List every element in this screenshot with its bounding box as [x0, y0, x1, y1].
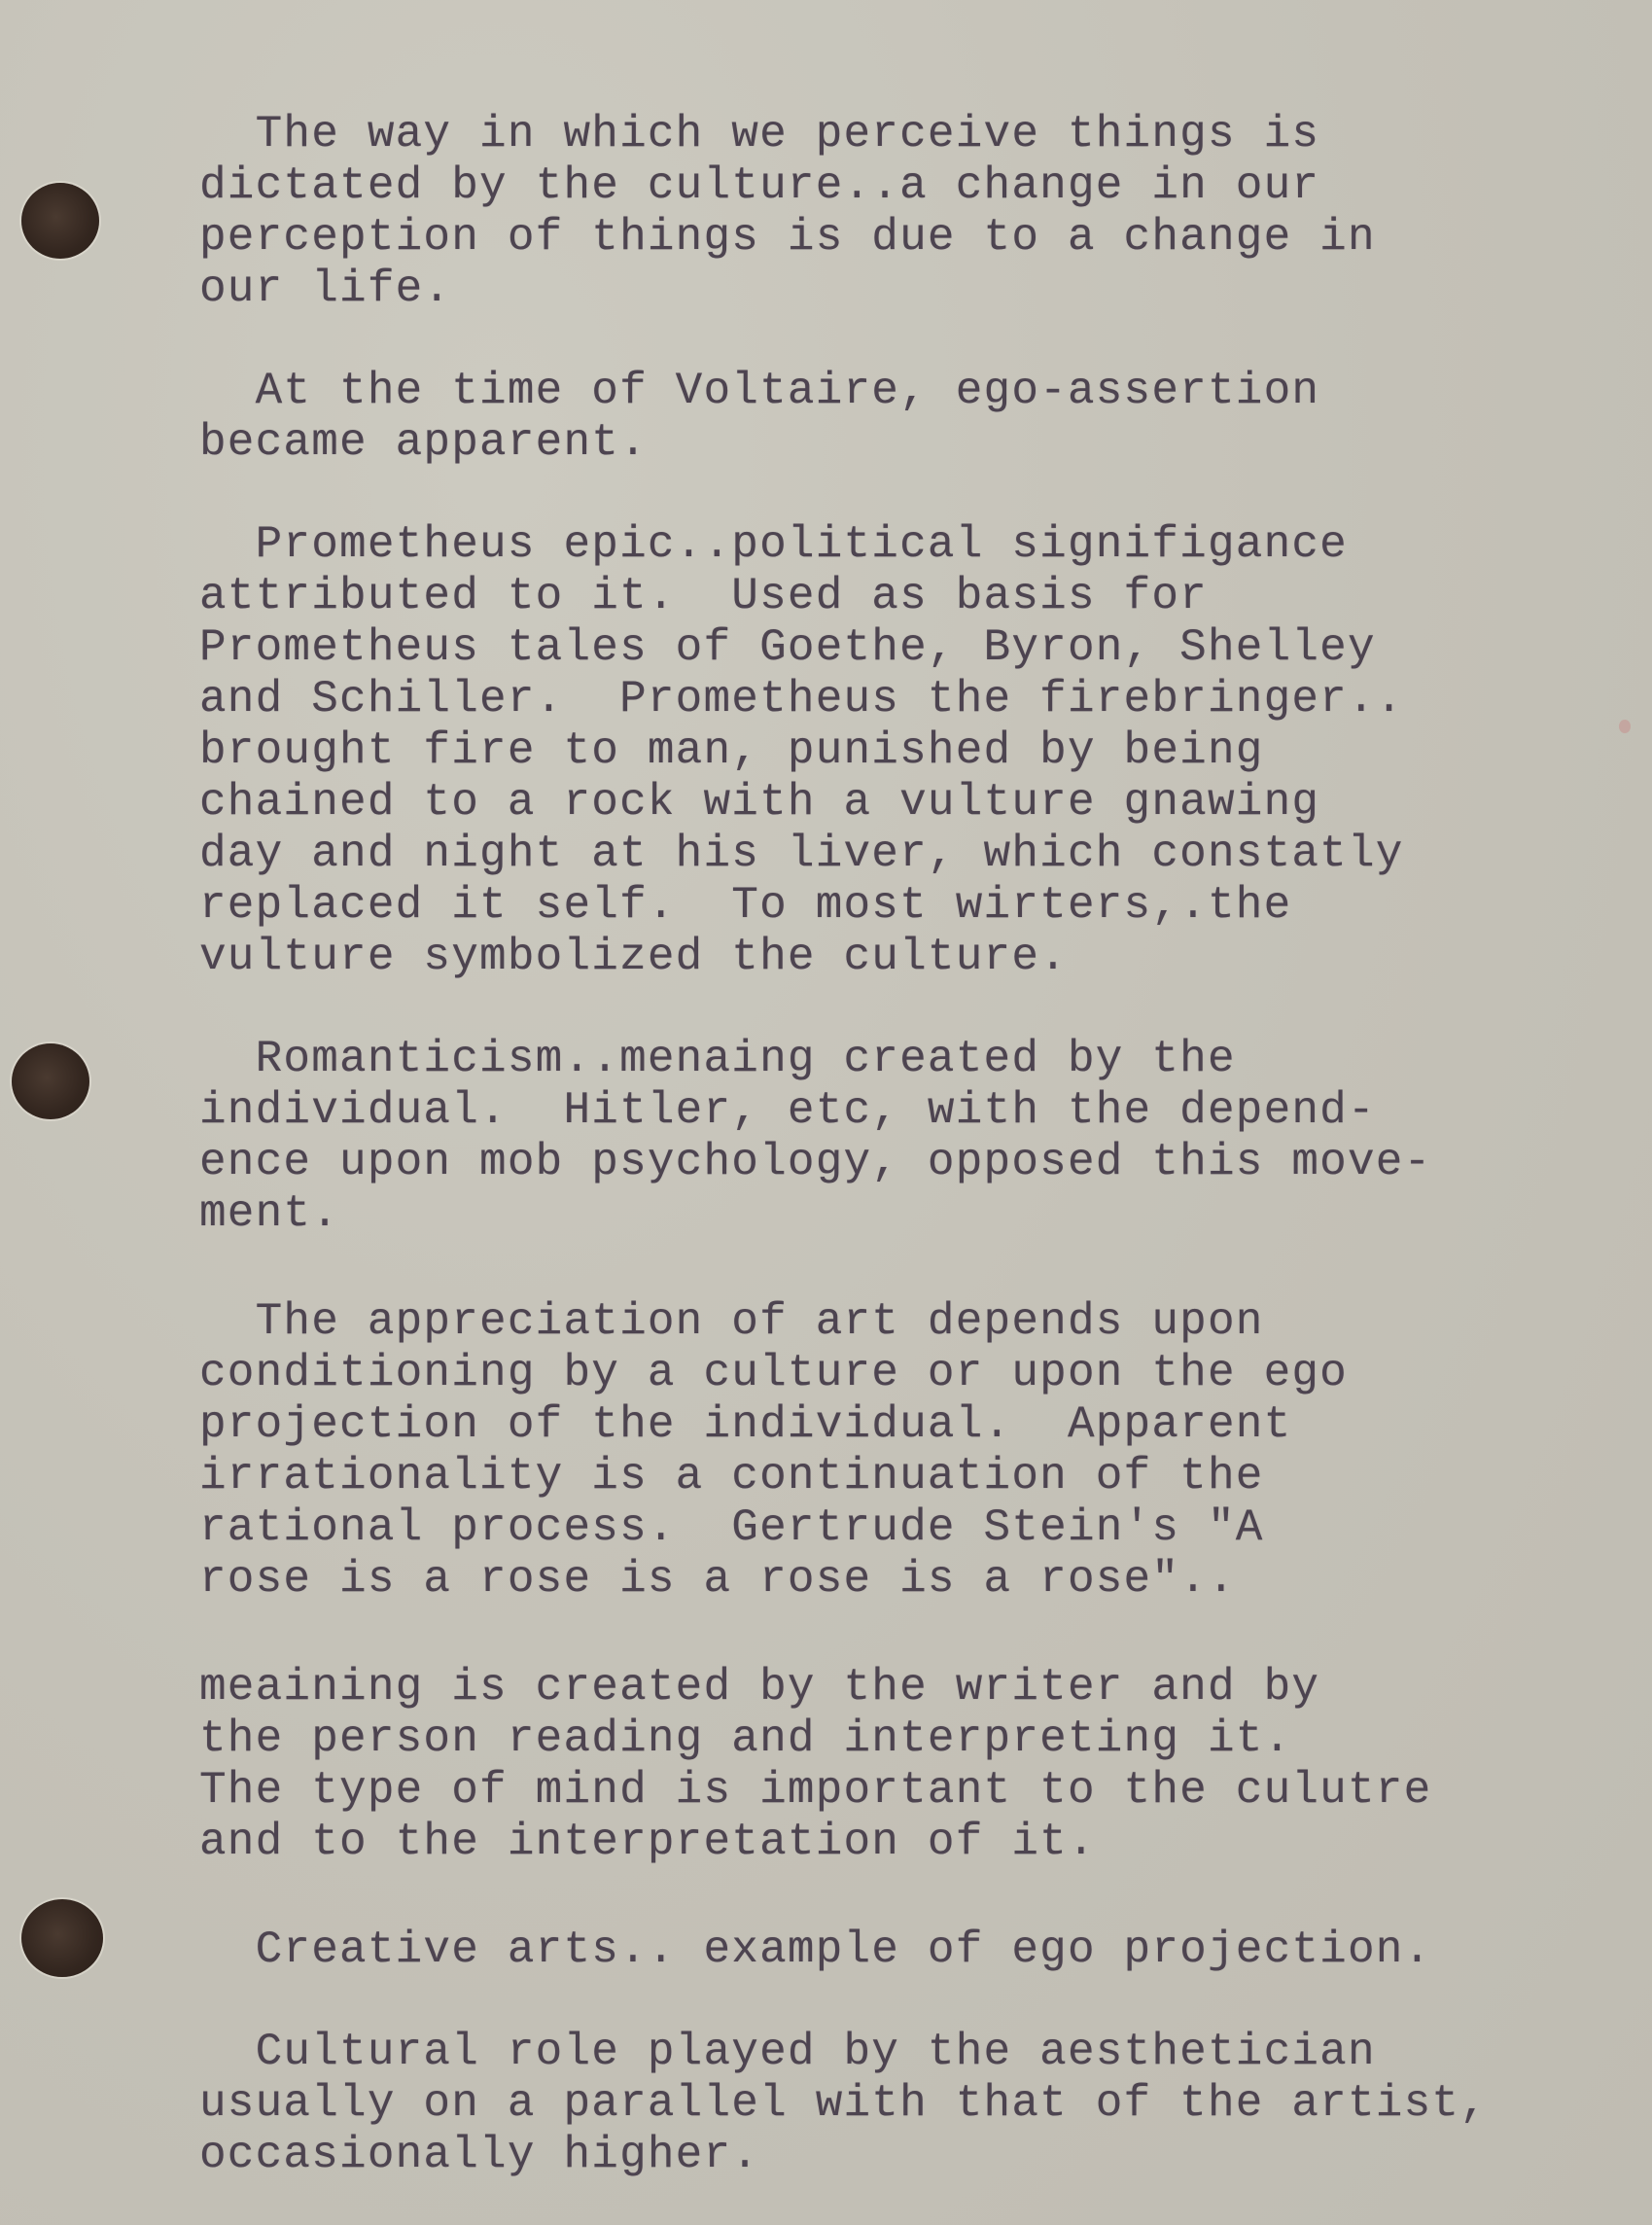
- text-line: attributed to it. Used as basis for: [199, 571, 1638, 622]
- text-line: Prometheus tales of Goethe, Byron, Shell…: [199, 622, 1638, 674]
- typewritten-text: The way in which we perceive things isdi…: [199, 109, 1638, 2181]
- paragraph: Creative arts.. example of ego projectio…: [199, 1925, 1638, 1976]
- text-line: meaining is created by the writer and by: [199, 1662, 1638, 1713]
- text-line: day and night at his liver, which consta…: [199, 829, 1638, 880]
- text-line: ence upon mob psychology, opposed this m…: [199, 1137, 1638, 1188]
- paragraph: Cultural role played by the aesthetician…: [199, 2027, 1638, 2181]
- text-line: rose is a rose is a rose is a rose"..: [199, 1554, 1638, 1606]
- text-line: rational process. Gertrude Stein's "A: [199, 1502, 1638, 1554]
- paragraph: meaining is created by the writer and by…: [199, 1662, 1638, 1868]
- punch-hole-top: [21, 183, 99, 259]
- text-line: the person reading and interpreting it.: [199, 1713, 1638, 1765]
- text-line: and to the interpretation of it.: [199, 1817, 1638, 1868]
- text-line: The way in which we perceive things is: [199, 109, 1638, 160]
- text-line: projection of the individual. Apparent: [199, 1399, 1638, 1451]
- punch-hole-bottom: [21, 1899, 103, 1977]
- text-line: The type of mind is important to the cul…: [199, 1765, 1638, 1817]
- text-line: and Schiller. Prometheus the firebringer…: [199, 674, 1638, 725]
- text-line: Creative arts.. example of ego projectio…: [199, 1925, 1638, 1976]
- text-line: dictated by the culture..a change in our: [199, 160, 1638, 212]
- text-line: usually on a parallel with that of the a…: [199, 2078, 1638, 2130]
- text-line: conditioning by a culture or upon the eg…: [199, 1348, 1638, 1399]
- text-line: Cultural role played by the aesthetician: [199, 2027, 1638, 2078]
- text-line: Romanticism..menaing created by the: [199, 1034, 1638, 1085]
- paragraph: The appreciation of art depends uponcond…: [199, 1296, 1638, 1606]
- text-line: At the time of Voltaire, ego-assertion: [199, 366, 1638, 417]
- paragraph: Romanticism..menaing created by theindiv…: [199, 1034, 1638, 1240]
- text-line: vulture symbolized the culture.: [199, 932, 1638, 983]
- text-line: chained to a rock with a vulture gnawing: [199, 777, 1638, 829]
- text-line: ment.: [199, 1188, 1638, 1240]
- text-line: The appreciation of art depends upon: [199, 1296, 1638, 1348]
- punch-hole-middle: [12, 1043, 89, 1119]
- text-line: Prometheus epic..political signifigance: [199, 519, 1638, 571]
- paragraph: At the time of Voltaire, ego-assertionbe…: [199, 366, 1638, 469]
- paper-sheet: The way in which we perceive things isdi…: [0, 0, 1652, 2225]
- text-line: perception of things is due to a change …: [199, 212, 1638, 264]
- text-line: occasionally higher.: [199, 2130, 1638, 2181]
- text-line: irrationality is a continuation of the: [199, 1451, 1638, 1502]
- text-line: became apparent.: [199, 417, 1638, 469]
- paragraph: Prometheus epic..political signifigancea…: [199, 519, 1638, 983]
- text-line: individual. Hitler, etc, with the depend…: [199, 1085, 1638, 1137]
- paragraph: The way in which we perceive things isdi…: [199, 109, 1638, 315]
- text-line: brought fire to man, punished by being: [199, 725, 1638, 777]
- text-line: our life.: [199, 264, 1638, 315]
- text-line: replaced it self. To most wirters,.the: [199, 880, 1638, 932]
